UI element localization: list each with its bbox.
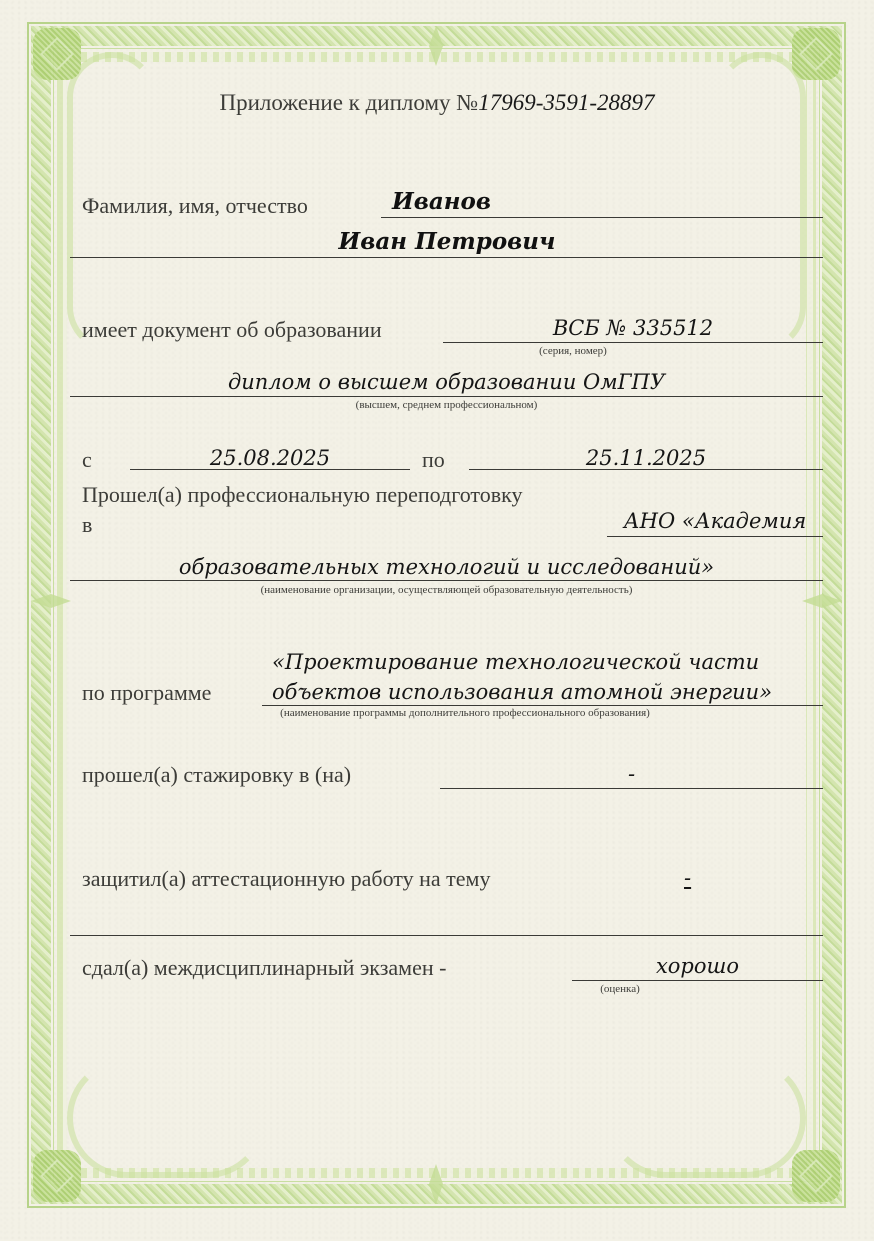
exam-grade-caption: (оценка): [590, 983, 650, 995]
exam-grade-value: хорошо: [572, 954, 823, 978]
from-date-underline: [130, 469, 410, 470]
organization-line1-value: АНО «Академия: [607, 509, 823, 533]
corner-rosette-icon: [33, 1150, 81, 1202]
thesis-underline: [70, 935, 823, 936]
program-caption: (наименование программы дополнительного …: [230, 707, 700, 719]
certificate-page: Приложение к диплому №17969-3591-28897 Ф…: [0, 0, 874, 1241]
from-label: с: [82, 447, 92, 473]
to-date-value: 25.11.2025: [469, 446, 823, 470]
document-type-caption: (высшем, среднем профессиональном): [70, 399, 823, 411]
retraining-in-label: в: [82, 512, 92, 538]
organization-line2-value: образовательных технологий и исследовани…: [70, 555, 823, 579]
document-type-underline: [70, 396, 823, 397]
education-label: имеет документ об образовании: [82, 317, 382, 343]
corner-rosette-icon: [792, 28, 840, 80]
surname-value: Иванов: [392, 188, 491, 215]
ribbon-ornament: [606, 1058, 806, 1178]
series-underline: [443, 342, 823, 343]
corner-rosette-icon: [792, 1150, 840, 1202]
organization-line1-underline: [607, 536, 823, 537]
exam-grade-underline: [572, 980, 823, 981]
internship-label: прошел(а) стажировку в (на): [82, 762, 351, 788]
name-underline: [70, 257, 823, 258]
fio-label: Фамилия, имя, отчество: [82, 193, 308, 219]
retraining-label: Прошел(а) профессиональную переподготовк…: [82, 482, 523, 508]
thesis-label: защитил(а) аттестационную работу на тему: [82, 866, 490, 892]
diploma-number: 17969-3591-28897: [478, 90, 654, 115]
surname-underline: [381, 217, 823, 218]
internship-value: -: [440, 762, 823, 786]
program-line2-value: объектов использования атомной энергии»: [272, 680, 772, 704]
program-underline: [262, 705, 823, 706]
name-patronymic-value: Иван Петрович: [0, 228, 874, 255]
series-number-value: ВСБ № 335512: [443, 316, 823, 340]
to-date-underline: [469, 469, 823, 470]
program-line1-value: «Проектирование технологической части: [272, 650, 759, 674]
exam-label: сдал(а) междисциплинарный экзамен -: [82, 955, 446, 981]
to-label: по: [422, 447, 445, 473]
organization-underline: [70, 580, 823, 581]
border-wave-band: [57, 52, 816, 1178]
from-date-value: 25.08.2025: [130, 446, 410, 470]
program-label: по программе: [82, 680, 211, 706]
corner-rosette-icon: [33, 28, 81, 80]
series-caption: (серия, номер): [443, 345, 703, 357]
ribbon-ornament: [67, 1058, 267, 1178]
thesis-value: -: [684, 866, 691, 890]
document-title: Приложение к диплому №17969-3591-28897: [0, 90, 874, 116]
organization-caption: (наименование организации, осуществляюще…: [70, 584, 823, 596]
title-prefix: Приложение к диплому №: [219, 90, 478, 115]
document-type-value: диплом о высшем образовании ОмГПУ: [70, 370, 823, 394]
internship-underline: [440, 788, 823, 789]
